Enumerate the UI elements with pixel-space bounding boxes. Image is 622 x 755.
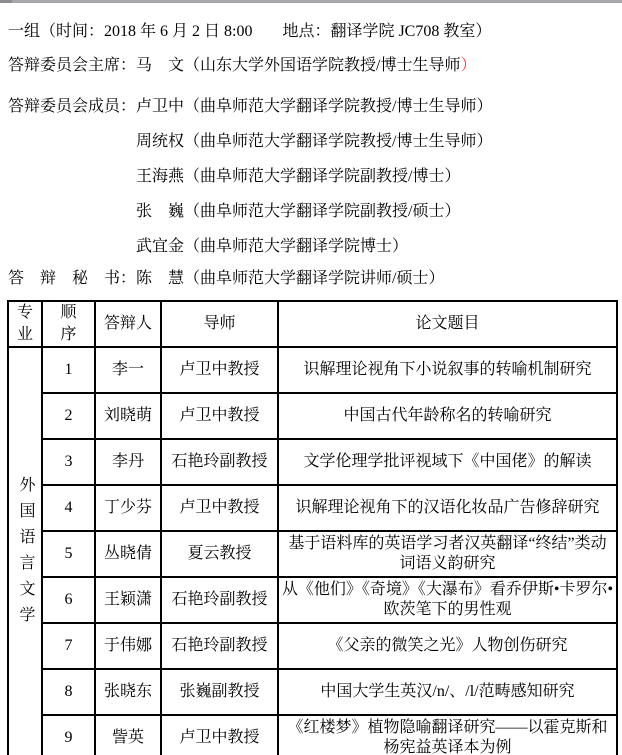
column-header-title: 论文题目 [277, 300, 616, 346]
member-item: 周统权（曲阜师范大学翻译学院教授/博士生导师） [136, 124, 492, 159]
column-header-major-label: 专业 [16, 302, 34, 345]
row-advisor-cell: 卢卫中教授 [160, 346, 277, 392]
row-title-cell: 中国古代年龄称名的转喻研究 [277, 392, 616, 438]
row-advisor-cell: 石艳玲副教授 [160, 576, 277, 622]
row-defender-cell: 王颖潇 [94, 576, 160, 622]
secretary-name-affiliation: 陈 慧（曲阜师范大学翻译学院讲师/硕士） [136, 270, 444, 287]
top-border-left-segment [0, 0, 12, 3]
row-order-cell: 4 [41, 484, 94, 530]
members-list: 卢卫中（曲阜师范大学翻译学院教授/博士生导师） 周统权（曲阜师范大学翻译学院教授… [136, 89, 492, 264]
row-order-cell: 9 [41, 714, 94, 755]
row-order-cell: 7 [41, 622, 94, 668]
top-border [0, 0, 622, 3]
row-advisor-cell: 石艳玲副教授 [160, 438, 277, 484]
row-order-cell: 1 [41, 346, 94, 392]
members-label: 答辩委员会成员： [8, 89, 136, 264]
row-defender-cell: 丁少芬 [94, 484, 160, 530]
member-item: 王海燕（曲阜师范大学翻译学院副教授/博士） [136, 159, 492, 194]
session-time: 一组（时间：2018 年 6 月 2 日 8:00 [8, 23, 252, 40]
row-defender-cell: 刘晓萌 [94, 392, 160, 438]
column-header-defender: 答辩人 [94, 300, 160, 346]
session-info-line: 一组（时间：2018 年 6 月 2 日 8:00地点：翻译学院 JC708 教… [8, 15, 622, 49]
row-order-cell: 6 [41, 576, 94, 622]
chair-name-affiliation: 马 文（山东大学外国语学院教授/博士生导师 [136, 57, 460, 74]
row-title-cell: 基于语料库的英语学习者汉英翻译“终结”类动词语义韵研究 [277, 530, 616, 576]
row-order-cell: 5 [41, 530, 94, 576]
member-item: 卢卫中（曲阜师范大学翻译学院教授/博士生导师） [136, 89, 492, 124]
row-defender-cell: 李一 [94, 346, 160, 392]
document-header: 一组（时间：2018 年 6 月 2 日 8:00地点：翻译学院 JC708 教… [0, 3, 622, 294]
chair-line: 答辩委员会主席：马 文（山东大学外国语学院教授/博士生导师） [8, 49, 622, 83]
secretary-label: 答 辩 秘 书： [8, 270, 136, 287]
member-item: 张 巍（曲阜师范大学翻译学院副教授/硕士） [136, 194, 492, 229]
row-defender-cell: 訾英 [94, 714, 160, 755]
row-title-cell: 中国大学生英汉/n/、/l/范畴感知研究 [277, 668, 616, 714]
row-title-cell: 《父亲的微笑之光》人物创伤研究 [277, 622, 616, 668]
row-order-cell: 8 [41, 668, 94, 714]
row-advisor-cell: 夏云教授 [160, 530, 277, 576]
member-item: 武宜金（曲阜师范大学翻译学院博士） [136, 229, 492, 264]
column-header-order-label: 顺序 [60, 302, 78, 345]
row-defender-cell: 李丹 [94, 438, 160, 484]
row-order-cell: 3 [41, 438, 94, 484]
session-location: 地点：翻译学院 JC708 教室） [282, 23, 491, 40]
row-title-cell: 识解理论视角下的汉语化妆品广告修辞研究 [277, 484, 616, 530]
row-defender-cell: 于伟娜 [94, 622, 160, 668]
row-advisor-cell: 卢卫中教授 [160, 392, 277, 438]
major-vertical-text: 外国语言文学 [17, 476, 33, 632]
members-block: 答辩委员会成员： 卢卫中（曲阜师范大学翻译学院教授/博士生导师） 周统权（曲阜师… [8, 89, 622, 264]
row-advisor-cell: 卢卫中教授 [160, 714, 277, 755]
chair-closing-paren: ） [460, 57, 476, 74]
row-title-cell: 文学伦理学批评视域下《中国佬》的解读 [277, 438, 616, 484]
row-title-cell: 识解理论视角下小说叙事的转喻机制研究 [277, 346, 616, 392]
row-title-cell: 从《他们》《奇境》《大瀑布》看乔伊斯•卡罗尔•欧茨笔下的男性观 [277, 576, 616, 622]
defense-schedule-table: 专业 顺序 答辩人 导师 论文题目 外国语言文学 1 李一 卢卫中教授 识解理论… [7, 300, 618, 755]
row-title-cell: 《红楼梦》植物隐喻翻译研究——以霍克斯和杨宪益英译本为例 [277, 714, 616, 755]
row-defender-cell: 丛晓倩 [94, 530, 160, 576]
row-advisor-cell: 卢卫中教授 [160, 484, 277, 530]
major-merged-cell: 外国语言文学 [7, 346, 41, 755]
column-header-major: 专业 [7, 300, 41, 346]
chair-label: 答辩委员会主席： [8, 57, 136, 74]
column-header-advisor: 导师 [160, 300, 277, 346]
row-defender-cell: 张晓东 [94, 668, 160, 714]
row-advisor-cell: 石艳玲副教授 [160, 622, 277, 668]
row-order-cell: 2 [41, 392, 94, 438]
column-header-order: 顺序 [41, 300, 94, 346]
row-advisor-cell: 张巍副教授 [160, 668, 277, 714]
secretary-line: 答 辩 秘 书：陈 慧（曲阜师范大学翻译学院讲师/硕士） [8, 264, 622, 294]
